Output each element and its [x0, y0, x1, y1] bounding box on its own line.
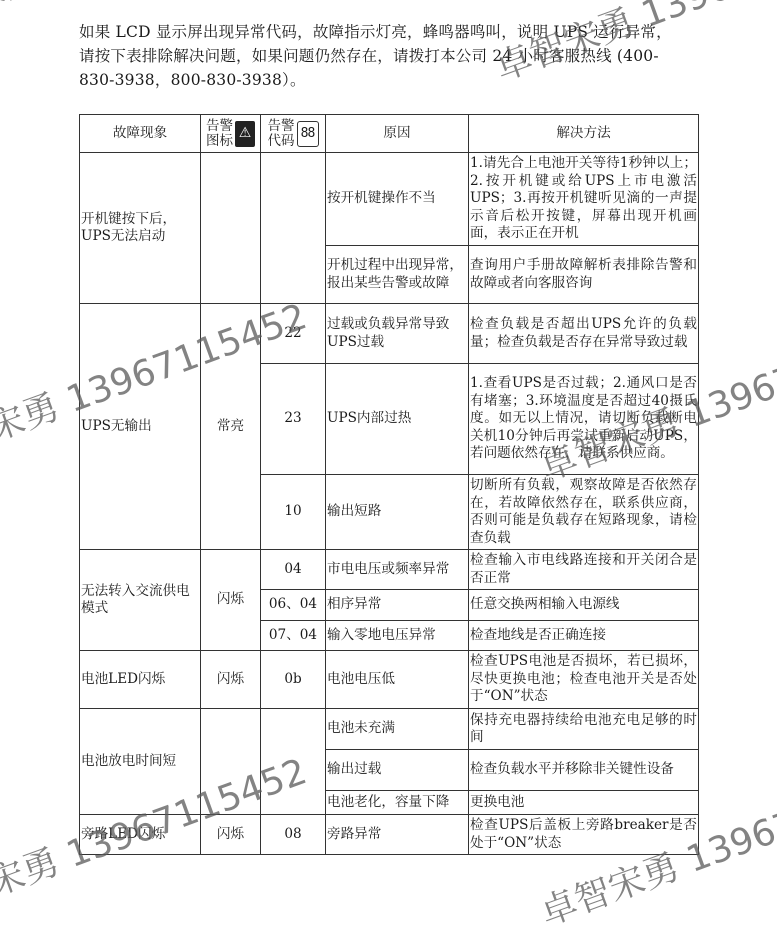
solution-cell: 查询用户手册故障解析表排除告警和故障或者向客服咨询 — [469, 246, 699, 304]
solution-cell: 检查负载是否超出UPS允许的负载量；检查负载是否存在异常导致过载 — [469, 304, 699, 364]
symptom-cell: UPS无输出 — [80, 304, 201, 550]
code-cell: 04 — [261, 550, 326, 590]
header-cause: 原因 — [326, 115, 469, 153]
code-cell — [261, 153, 326, 304]
solution-cell: 切断所有负载，观察故障是否依然存在，若故障依然存在，联系供应商，否则可能是负载存… — [469, 475, 699, 550]
header-alarm-icon-line2: 图标 — [206, 133, 233, 149]
cause-cell: 输出短路 — [326, 475, 469, 550]
solution-cell: 检查UPS后盖板上旁路breaker是否处于“ON”状态 — [469, 815, 699, 855]
icon-state-cell: 闪烁 — [201, 815, 261, 855]
solution-cell: 检查地线是否正确连接 — [469, 621, 699, 651]
header-solution: 解决方法 — [469, 115, 699, 153]
cause-cell: 按开机键操作不当 — [326, 153, 469, 246]
icon-state-cell: 闪烁 — [201, 550, 261, 651]
icon-state-cell — [201, 709, 261, 815]
table-row: 无法转入交流供电模式 闪烁 04 市电电压或频率异常 检查输入市电线路连接和开关… — [80, 550, 699, 590]
table-row: 开机键按下后，UPS无法启动 按开机键操作不当 1.请先合上电池开关等待1秒钟以… — [80, 153, 699, 246]
table-row: 电池LED闪烁 闪烁 0b 电池电压低 检查UPS电池是否损坏，若已损坏，尽快更… — [80, 651, 699, 709]
fault-table: 故障现象 告警图标 ⚠ 告警代码 88 原因 解决方法 开机键按下后，UPS无法… — [79, 114, 699, 855]
solution-cell: 1.请先合上电池开关等待1秒钟以上；2.按开机键或给UPS上市电激活UPS；3.… — [469, 153, 699, 246]
solution-cell: 任意交换两相输入电源线 — [469, 590, 699, 621]
code-cell — [261, 709, 326, 815]
intro-line: 830-3938，800-830-3938）。 — [79, 68, 699, 92]
symptom-cell: 开机键按下后，UPS无法启动 — [80, 153, 201, 304]
cause-cell: 旁路异常 — [326, 815, 469, 855]
header-alarm-code-line2: 代码 — [268, 133, 295, 149]
intro-paragraph: 如果 LCD 显示屏出现异常代码，故障指示灯亮，蜂鸣器鸣叫，说明 UPS 运行异… — [79, 20, 699, 92]
symptom-cell: 旁路LED闪烁 — [80, 815, 201, 855]
cause-cell: 输入零地电压异常 — [326, 621, 469, 651]
header-alarm-icon-line1: 告警 — [206, 118, 233, 134]
code-cell: 06、04 — [261, 590, 326, 621]
solution-cell: 1.查看UPS是否过载；2.通风口是否有堵塞；3.环境温度是否超过40摄氏度。如… — [469, 364, 699, 475]
icon-state-cell — [201, 153, 261, 304]
cause-cell: UPS内部过热 — [326, 364, 469, 475]
cause-cell: 输出过载 — [326, 750, 469, 791]
cause-cell: 相序异常 — [326, 590, 469, 621]
symptom-cell: 无法转入交流供电模式 — [80, 550, 201, 651]
code-cell: 07、04 — [261, 621, 326, 651]
cause-cell: 开机过程中出现异常，报出某些告警或故障 — [326, 246, 469, 304]
seven-segment-icon: 88 — [297, 121, 319, 147]
intro-line: 如果 LCD 显示屏出现异常代码，故障指示灯亮，蜂鸣器鸣叫，说明 UPS 运行异… — [79, 20, 699, 44]
cause-cell: 过载或负载异常导致UPS过载 — [326, 304, 469, 364]
cause-cell: 电池老化，容量下降 — [326, 791, 469, 815]
code-cell: 10 — [261, 475, 326, 550]
symptom-cell: 电池放电时间短 — [80, 709, 201, 815]
header-alarm-code-line1: 告警 — [268, 118, 295, 134]
icon-state-cell: 闪烁 — [201, 651, 261, 709]
cause-cell: 电池电压低 — [326, 651, 469, 709]
code-cell: 0b — [261, 651, 326, 709]
solution-cell: 检查UPS电池是否损坏，若已损坏，尽快更换电池；检查电池开关是否处于“ON”状态 — [469, 651, 699, 709]
table-header-row: 故障现象 告警图标 ⚠ 告警代码 88 原因 解决方法 — [80, 115, 699, 153]
symptom-cell: 电池LED闪烁 — [80, 651, 201, 709]
header-alarm-icon: 告警图标 ⚠ — [201, 115, 261, 153]
cause-cell: 市电电压或频率异常 — [326, 550, 469, 590]
warning-triangle-icon: ⚠ — [235, 121, 255, 147]
cause-cell: 电池未充满 — [326, 709, 469, 750]
solution-cell: 保持充电器持续给电池充电足够的时间 — [469, 709, 699, 750]
solution-cell: 检查负载水平并移除非关键性设备 — [469, 750, 699, 791]
table-row: 旁路LED闪烁 闪烁 08 旁路异常 检查UPS后盖板上旁路breaker是否处… — [80, 815, 699, 855]
table-row: 电池放电时间短 电池未充满 保持充电器持续给电池充电足够的时间 — [80, 709, 699, 750]
header-alarm-code: 告警代码 88 — [261, 115, 326, 153]
code-cell: 23 — [261, 364, 326, 475]
code-cell: 08 — [261, 815, 326, 855]
icon-state-cell: 常亮 — [201, 304, 261, 550]
intro-line: 请按下表排除解决问题，如果问题仍然存在，请拨打本公司 24 小时客服热线 (40… — [79, 44, 699, 68]
table-row: UPS无输出 常亮 22 过载或负载异常导致UPS过载 检查负载是否超出UPS允… — [80, 304, 699, 364]
solution-cell: 检查输入市电线路连接和开关闭合是否正常 — [469, 550, 699, 590]
solution-cell: 更换电池 — [469, 791, 699, 815]
code-cell: 22 — [261, 304, 326, 364]
header-symptom: 故障现象 — [80, 115, 201, 153]
